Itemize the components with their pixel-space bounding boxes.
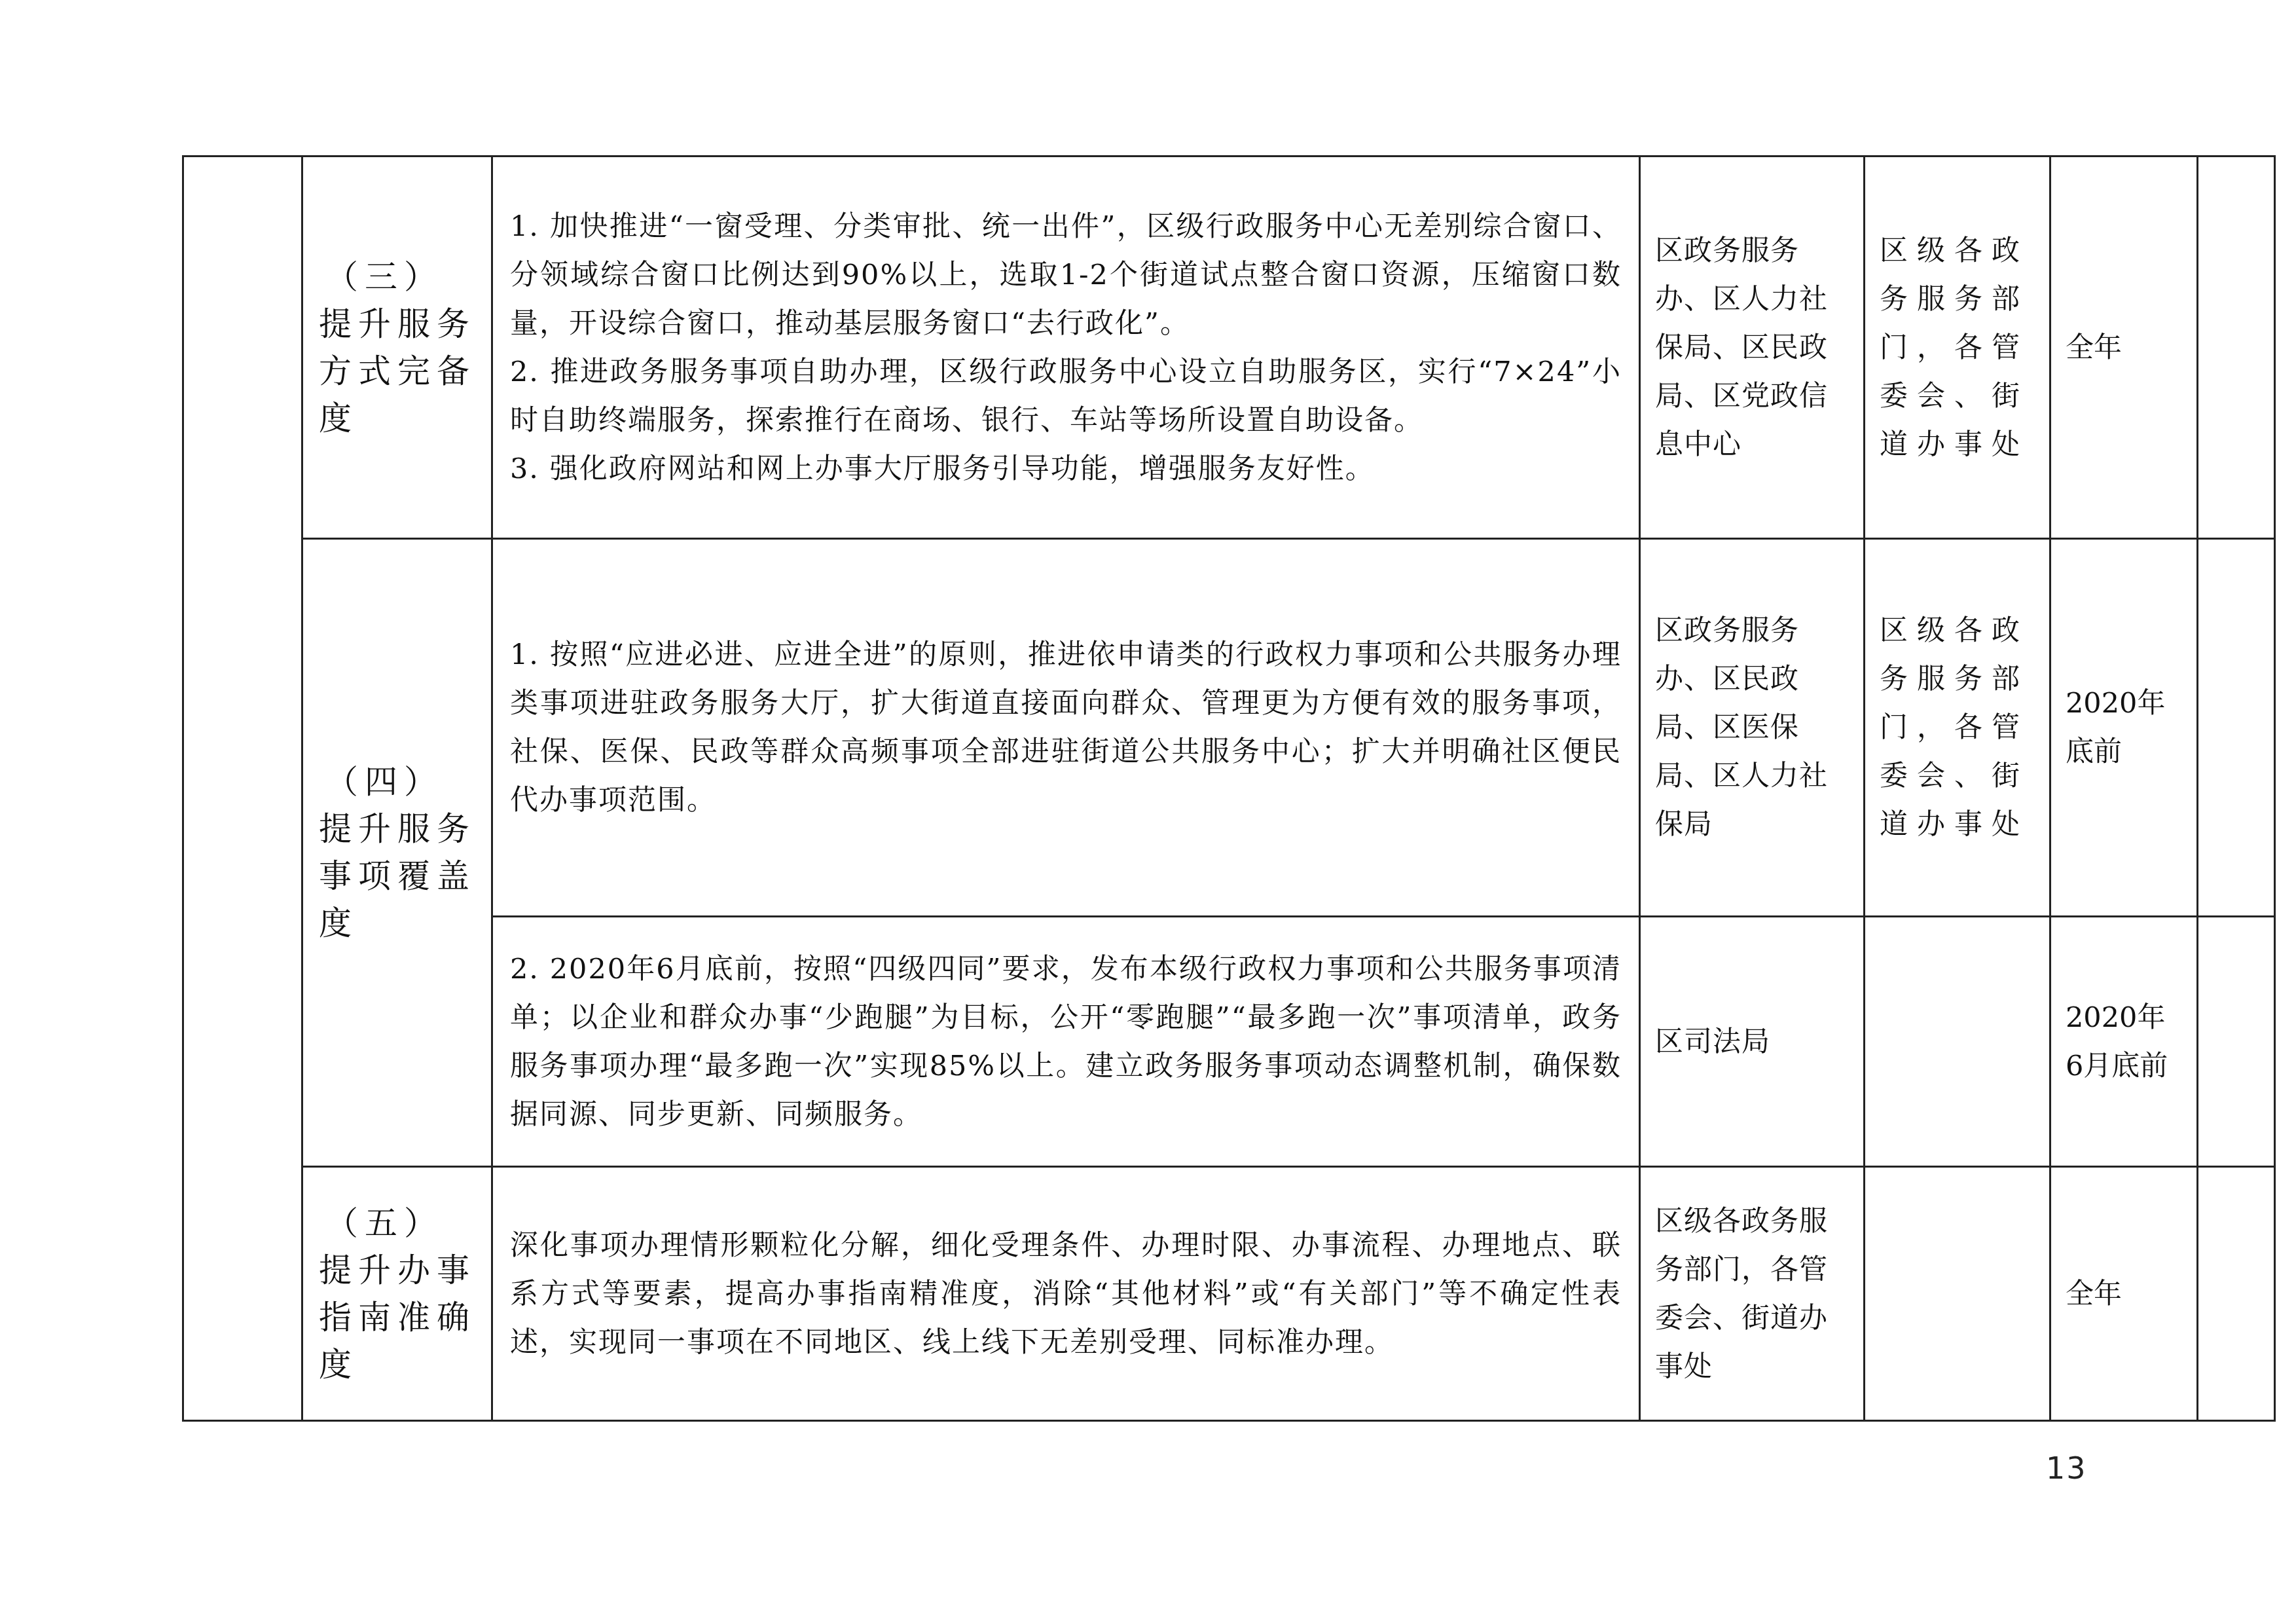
note-cell xyxy=(2198,157,2275,539)
section-number: （三） xyxy=(319,253,482,301)
lead-unit-cell: 区政务服务办、区民政局、区医保局、区人力社保局 xyxy=(1640,539,1865,917)
deadline-cell: 全年 xyxy=(2050,1167,2198,1421)
lead-unit-cell: 区政务服务办、区人力社保局、区民政局、区党政信息中心 xyxy=(1640,157,1865,539)
note-cell xyxy=(2198,1167,2275,1421)
lead-unit-cell: 区司法局 xyxy=(1640,917,1865,1167)
task-content-cell: 1. 按照“应进必进、应进全进”的原则，推进依申请类的行政权力事项和公共服务办理… xyxy=(492,539,1640,917)
deadline-cell: 2020年6月底前 xyxy=(2050,917,2198,1167)
task-item: 2. 推进政务服务事项自助办理，区级行政服务中心设立自助服务区，实行“7×24”… xyxy=(510,348,1622,445)
responsible-unit-cell: 区级各政务服务部门，各管委会、街道办事处 xyxy=(1865,157,2050,539)
task-item: 1. 按照“应进必进、应进全进”的原则，推进依申请类的行政权力事项和公共服务办理… xyxy=(510,631,1622,824)
table-row: （四） 提升服务事项覆盖度 1. 按照“应进必进、应进全进”的原则，推进依申请类… xyxy=(183,539,2275,917)
task-table: （三） 提升服务方式完备度 1. 加快推进“一窗受理、分类审批、统一出件”，区级… xyxy=(182,155,2276,1422)
lead-unit-cell: 区级各政务服务部门，各管委会、街道办事处 xyxy=(1640,1167,1865,1421)
table-row: （五） 提升办事指南准确度 深化事项办理情形颗粒化分解，细化受理条件、办理时限、… xyxy=(183,1167,2275,1421)
responsible-unit-cell xyxy=(1865,1167,2050,1421)
section-number: （四） xyxy=(319,758,482,805)
section-title: 提升服务事项覆盖度 xyxy=(319,810,476,942)
table-row: （三） 提升服务方式完备度 1. 加快推进“一窗受理、分类审批、统一出件”，区级… xyxy=(183,157,2275,539)
task-item: 3. 强化政府网站和网上办事大厅服务引导功能，增强服务友好性。 xyxy=(510,445,1622,493)
task-item: 1. 加快推进“一窗受理、分类审批、统一出件”，区级行政服务中心无差别综合窗口、… xyxy=(510,202,1622,348)
category-cell xyxy=(183,157,302,1421)
section-title-cell: （五） 提升办事指南准确度 xyxy=(302,1167,492,1421)
task-content-cell: 2. 2020年6月底前，按照“四级四同”要求，发布本级行政权力事项和公共服务事… xyxy=(492,917,1640,1167)
deadline-cell: 2020年底前 xyxy=(2050,539,2198,917)
table-row: 2. 2020年6月底前，按照“四级四同”要求，发布本级行政权力事项和公共服务事… xyxy=(183,917,2275,1167)
task-content-cell: 深化事项办理情形颗粒化分解，细化受理条件、办理时限、办事流程、办理地点、联系方式… xyxy=(492,1167,1640,1421)
responsible-unit-cell: 区级各政务服务部门，各管委会、街道办事处 xyxy=(1865,539,2050,917)
task-item: 2. 2020年6月底前，按照“四级四同”要求，发布本级行政权力事项和公共服务事… xyxy=(510,945,1622,1139)
section-number: （五） xyxy=(319,1200,482,1247)
section-title-cell: （三） 提升服务方式完备度 xyxy=(302,157,492,539)
section-title: 提升办事指南准确度 xyxy=(319,1251,476,1384)
deadline-cell: 全年 xyxy=(2050,157,2198,539)
section-title-cell: （四） 提升服务事项覆盖度 xyxy=(302,539,492,1167)
section-title: 提升服务方式完备度 xyxy=(319,305,476,437)
responsible-unit-cell xyxy=(1865,917,2050,1167)
task-content-cell: 1. 加快推进“一窗受理、分类审批、统一出件”，区级行政服务中心无差别综合窗口、… xyxy=(492,157,1640,539)
note-cell xyxy=(2198,539,2275,917)
page-number: 13 xyxy=(2046,1450,2087,1486)
note-cell xyxy=(2198,917,2275,1167)
task-item: 深化事项办理情形颗粒化分解，细化受理条件、办理时限、办事流程、办理地点、联系方式… xyxy=(510,1221,1622,1367)
